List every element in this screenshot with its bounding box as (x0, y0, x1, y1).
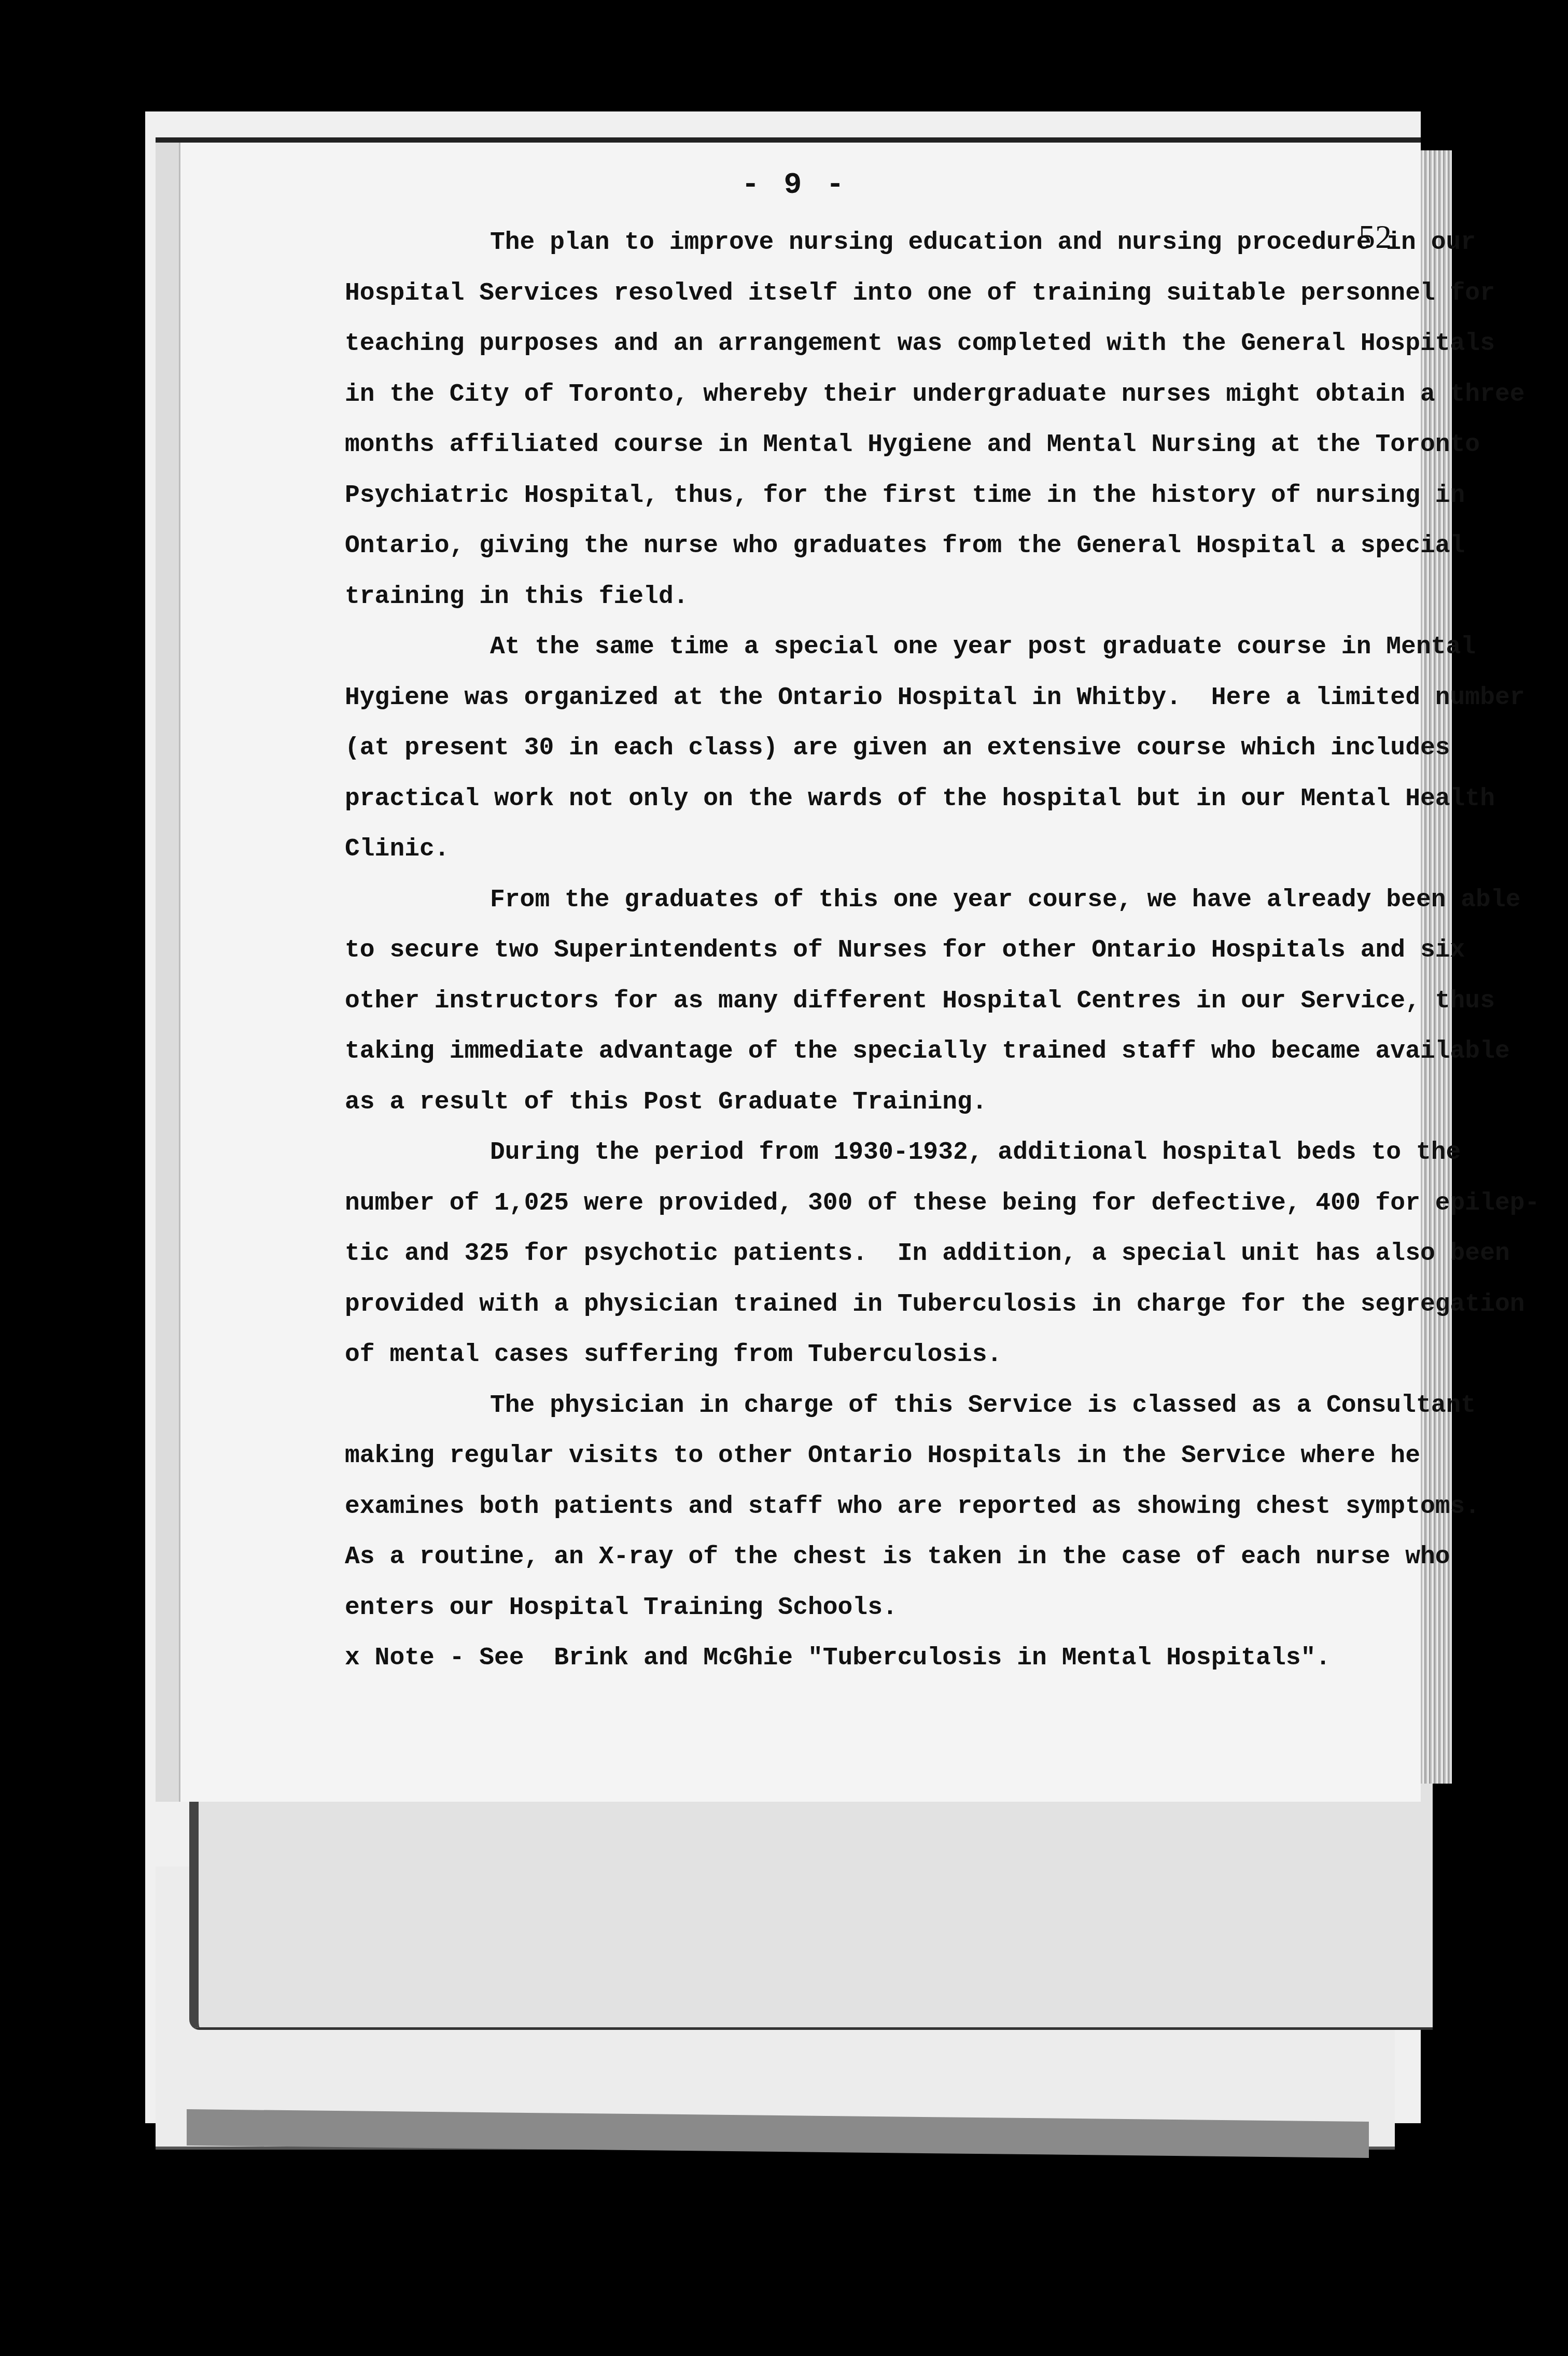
text-line: number of 1,025 were provided, 300 of th… (345, 1179, 1382, 1229)
text-line: taking immediate advantage of the specia… (345, 1027, 1382, 1077)
text-line: Ontario, giving the nurse who graduates … (345, 521, 1382, 572)
text-line: At the same time a special one year post… (345, 622, 1382, 673)
text-line: practical work not only on the wards of … (345, 774, 1382, 825)
paragraph-2: At the same time a special one year post… (345, 622, 1382, 875)
footnote: x Note - See Brink and McGhie "Tuberculo… (345, 1633, 1382, 1684)
page-left-edge (156, 143, 180, 1802)
paragraph-5: The physician in charge of this Service … (345, 1381, 1382, 1634)
text-line: examines both patients and staff who are… (345, 1482, 1382, 1533)
paragraph-4: During the period from 1930-1932, additi… (345, 1128, 1382, 1381)
text-line: During the period from 1930-1932, additi… (345, 1128, 1382, 1179)
text-line: as a result of this Post Graduate Traini… (345, 1077, 1382, 1128)
text-line: Hygiene was organized at the Ontario Hos… (345, 673, 1382, 724)
text-line: teaching purposes and an arrangement was… (345, 319, 1382, 370)
text-line: enters our Hospital Training Schools. (345, 1583, 1382, 1634)
text-line: making regular visits to other Ontario H… (345, 1431, 1382, 1482)
text-line: Psychiatric Hospital, thus, for the firs… (345, 471, 1382, 522)
text-line: The plan to improve nursing education an… (345, 218, 1382, 269)
text-line: From the graduates of this one year cour… (345, 875, 1382, 926)
text-line: months affiliated course in Mental Hygie… (345, 420, 1382, 471)
text-line: tic and 325 for psychotic patients. In a… (345, 1229, 1382, 1280)
text-line: to secure two Superintendents of Nurses … (345, 925, 1382, 976)
page-number: - 9 - (741, 169, 847, 202)
text-line: of mental cases suffering from Tuberculo… (345, 1330, 1382, 1381)
text-line: training in this field. (345, 572, 1382, 623)
text-line: As a routine, an X-ray of the chest is t… (345, 1532, 1382, 1583)
text-line: The physician in charge of this Service … (345, 1381, 1382, 1432)
text-line: other instructors for as many different … (345, 976, 1382, 1027)
underlying-page (189, 1784, 1433, 2030)
text-line: in the City of Toronto, whereby their un… (345, 370, 1382, 420)
text-line: (at present 30 in each class) are given … (345, 723, 1382, 774)
text-line: Hospital Services resolved itself into o… (345, 269, 1382, 319)
paragraph-3: From the graduates of this one year cour… (345, 875, 1382, 1128)
document-body: The plan to improve nursing education an… (345, 218, 1382, 1684)
text-line: Clinic. (345, 824, 1382, 875)
paragraph-1: The plan to improve nursing education an… (345, 218, 1382, 622)
text-line: provided with a physician trained in Tub… (345, 1280, 1382, 1330)
